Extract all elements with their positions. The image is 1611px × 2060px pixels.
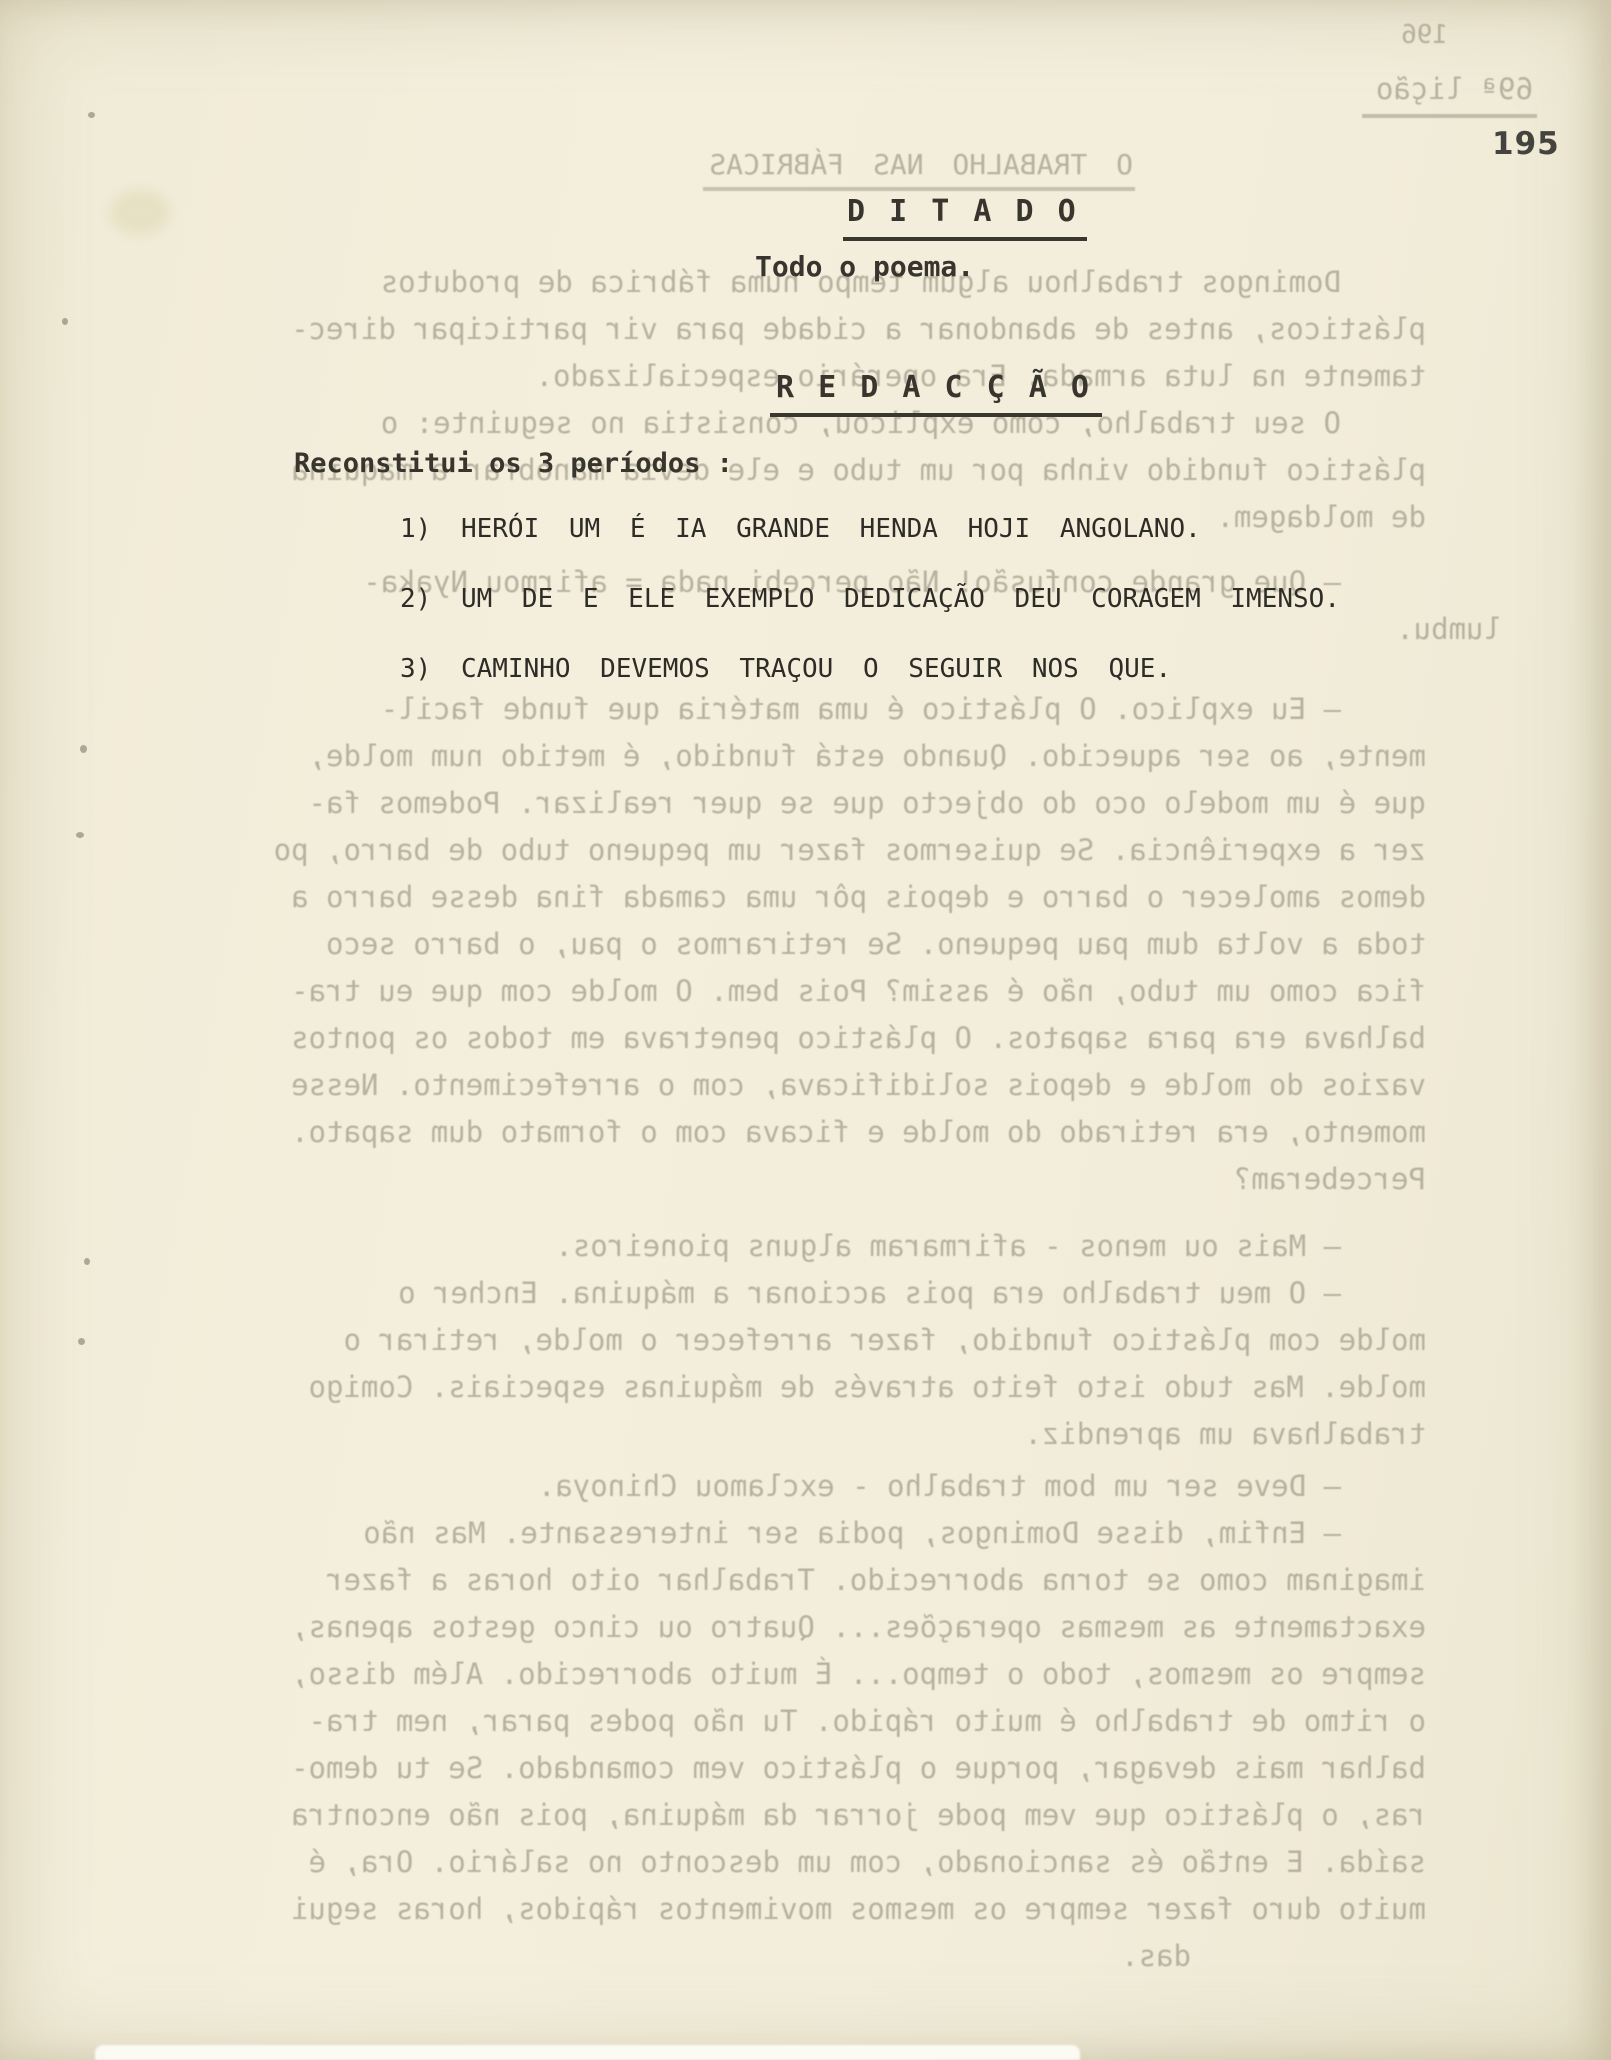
exercise-instruction: Reconstitui os 3 períodos : bbox=[294, 448, 733, 479]
scanned-document-page: 196 69ª lição O TRABALHO NAS FÁBRICAS Do… bbox=[0, 0, 1611, 2060]
paper-speck bbox=[62, 318, 68, 325]
paper-speck bbox=[76, 832, 84, 838]
front-layer: 195 D I T A D O Todo o poema. R E D A C … bbox=[0, 0, 1611, 2060]
exercise-line: 2) UM DE E ELE EXEMPLO DEDICAÇÃO DEU COR… bbox=[400, 584, 1340, 654]
exercise-line: 1) HERÓI UM É IA GRANDE HENDA HOJI ANGOL… bbox=[400, 514, 1340, 584]
ditado-heading: D I T A D O bbox=[843, 194, 1087, 241]
paper-speck bbox=[84, 1258, 90, 1265]
scan-edge-strip bbox=[95, 2045, 1080, 2060]
paper-speck bbox=[80, 745, 87, 753]
redaccao-heading: R E D A C Ç Ã O bbox=[770, 370, 1102, 417]
paper-speck bbox=[88, 112, 95, 118]
page-number: 195 bbox=[1492, 126, 1560, 162]
paper-stain bbox=[110, 190, 170, 235]
exercise-line: 3) CAMINHO DEVEMOS TRAÇOU O SEGUIR NOS Q… bbox=[400, 654, 1340, 724]
ditado-note: Todo o poema. bbox=[755, 250, 974, 283]
paper-speck bbox=[78, 1338, 85, 1345]
exercise-list: 1) HERÓI UM É IA GRANDE HENDA HOJI ANGOL… bbox=[400, 514, 1340, 724]
